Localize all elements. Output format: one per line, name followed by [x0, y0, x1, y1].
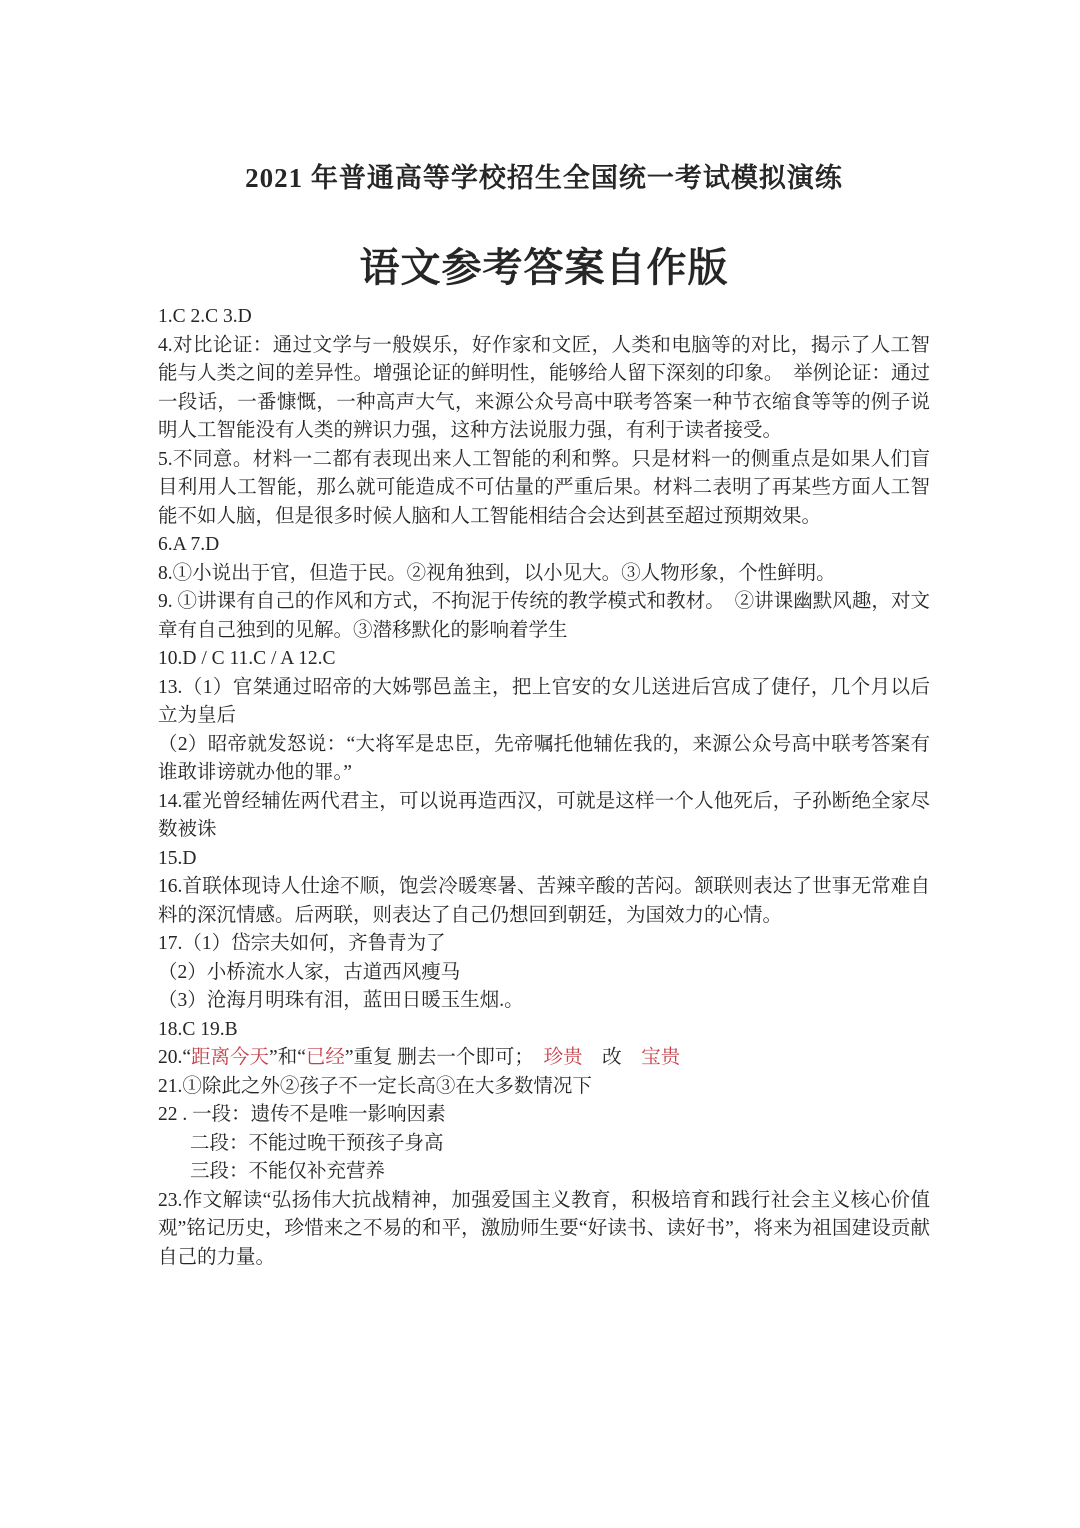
answer-q20-red-phrase-4: 宝贵 — [641, 1047, 680, 1068]
answer-q20-red-phrase-3: 珍贵 — [544, 1047, 583, 1068]
answer-q20-red-phrase-2: 已经 — [306, 1047, 345, 1068]
answer-q20-text-1: 20.“ — [158, 1047, 191, 1068]
answer-q9: 9. ①讲课有自己的作风和方式，不拘泥于传统的教学模式和教材。 ②讲课幽默风趣，… — [158, 588, 930, 645]
answer-q1-q3: 1.C 2.C 3.D — [158, 303, 930, 332]
answer-q10-q12: 10.D / C 11.C / A 12.C — [158, 645, 930, 674]
answer-q13-part2: （2）昭帝就发怒说：“大将军是忠臣，先帝嘱托他辅佐我的，来源公众号高中联考答案有… — [158, 731, 930, 788]
answer-q22-line1: 22 . 一段：遗传不是唯一影响因素 — [158, 1101, 930, 1130]
answer-q20-text-3: ”重复 删去一个即可； — [345, 1047, 544, 1068]
answer-q20-text-2: ”和“ — [269, 1047, 306, 1068]
answer-q23: 23.作文解读“弘扬伟大抗战精神，加强爱国主义教育，积极培育和践行社会主义核心价… — [158, 1187, 930, 1273]
answer-q5: 5.不同意。材料一二都有表现出来人工智能的利和弊。只是材料一的侧重点是如果人们盲… — [158, 446, 930, 532]
answer-q20: 20.“距离今天”和“已经”重复 删去一个即可； 珍贵 改 宝贵 — [158, 1044, 930, 1073]
answer-q17-part1: 17.（1）岱宗夫如何，齐鲁青为了 — [158, 930, 930, 959]
answer-q18-q19: 18.C 19.B — [158, 1016, 930, 1045]
document-content: 2021 年普通高等学校招生全国统一考试模拟演练 语文参考答案自作版 1.C 2… — [158, 160, 930, 1272]
answer-q4: 4.对比论证：通过文学与一般娱乐，好作家和文匠，人类和电脑等的对比，揭示了人工智… — [158, 332, 930, 446]
answer-q22-line3: 三段：不能仅补充营养 — [158, 1158, 930, 1187]
answer-sheet-title: 语文参考答案自作版 — [158, 242, 930, 294]
exam-header-title: 2021 年普通高等学校招生全国统一考试模拟演练 — [158, 160, 930, 196]
answer-q21: 21.①除此之外②孩子不一定长高③在大多数情况下 — [158, 1073, 930, 1102]
answer-q8: 8.①小说出于官，但造于民。②视角独到，以小见大。③人物形象，个性鲜明。 — [158, 560, 930, 589]
answer-q6-q7: 6.A 7.D — [158, 531, 930, 560]
answer-q16: 16.首联体现诗人仕途不顺，饱尝冷暖寒暑、苦辣辛酸的苦闷。颔联则表达了世事无常难… — [158, 873, 930, 930]
answer-q20-red-phrase-1: 距离今天 — [191, 1047, 269, 1068]
answer-q15: 15.D — [158, 845, 930, 874]
answer-q13-part1: 13.（1）官桀通过昭帝的大姊鄂邑盖主，把上官安的女儿送进后宫成了倢仔，几个月以… — [158, 674, 930, 731]
document-page: 2021 年普通高等学校招生全国统一考试模拟演练 语文参考答案自作版 1.C 2… — [0, 0, 1080, 1528]
answer-q22-line2: 二段：不能过晚干预孩子身高 — [158, 1130, 930, 1159]
answer-q17-part3: （3）沧海月明珠有泪，蓝田日暖玉生烟.。 — [158, 987, 930, 1016]
answers-list: 1.C 2.C 3.D 4.对比论证：通过文学与一般娱乐，好作家和文匠，人类和电… — [158, 303, 930, 1272]
answer-q17-part2: （2）小桥流水人家，古道西风瘦马 — [158, 959, 930, 988]
answer-q14: 14.霍光曾经辅佐两代君主，可以说再造西汉，可就是这样一个人他死后，子孙断绝全家… — [158, 788, 930, 845]
answer-q20-text-4: 改 — [583, 1047, 642, 1068]
